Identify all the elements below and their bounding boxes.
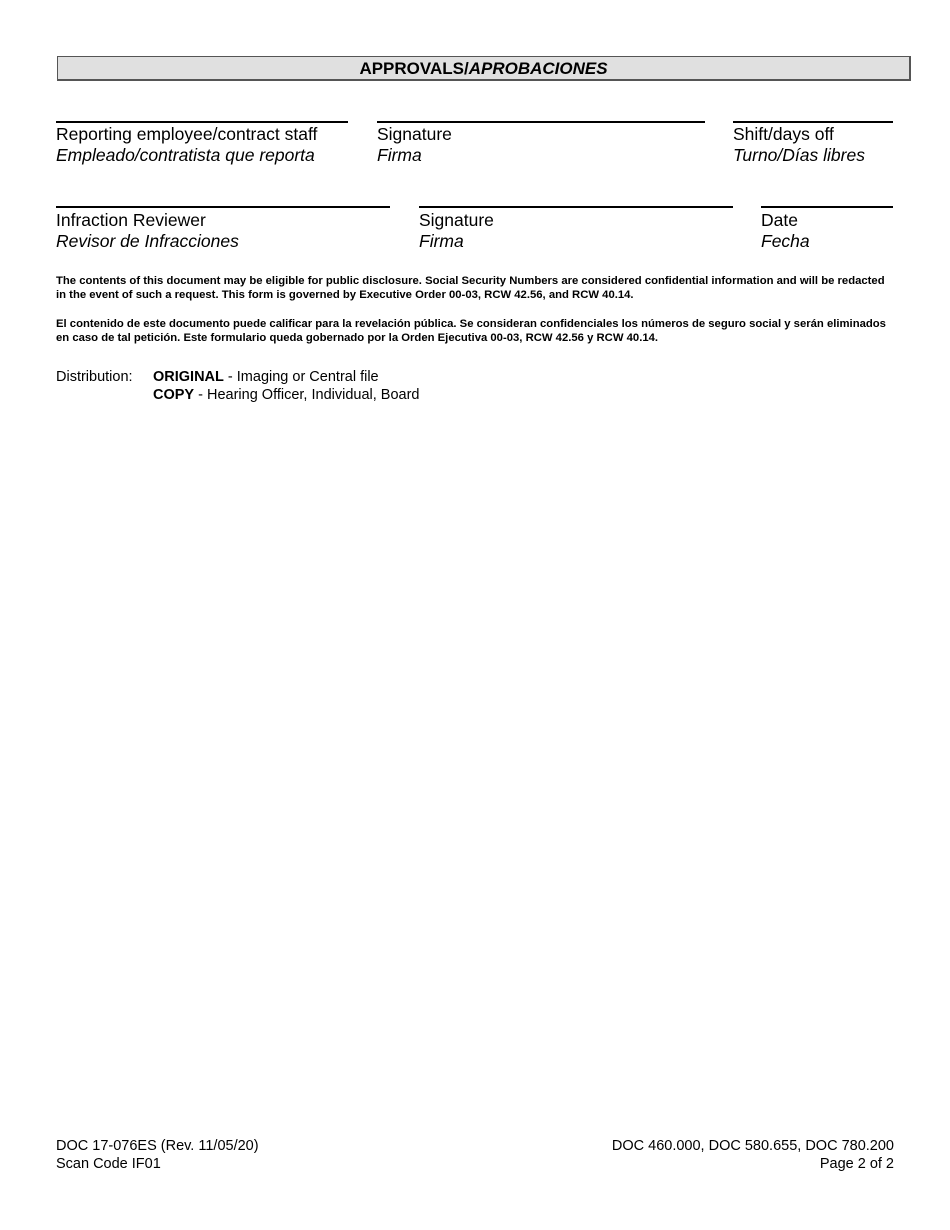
- distribution-label: Distribution:: [56, 368, 133, 386]
- reporting-employee-signature-line[interactable]: [56, 121, 348, 123]
- label-es: Firma: [419, 231, 494, 252]
- signature-label-row1: Signature Firma: [377, 124, 452, 166]
- approvals-section-header: APPROVALS/APROBACIONES: [57, 56, 911, 81]
- date-label: Date Fecha: [761, 210, 810, 252]
- infraction-reviewer-label: Infraction Reviewer Revisor de Infraccio…: [56, 210, 239, 252]
- form-number: DOC 17-076ES (Rev. 11/05/20): [56, 1137, 259, 1155]
- label-es: Fecha: [761, 231, 810, 252]
- page-number: Page 2 of 2: [612, 1155, 894, 1173]
- label-en: Shift/days off: [733, 124, 865, 145]
- label-en: Infraction Reviewer: [56, 210, 239, 231]
- reporting-employee-signature-field-line[interactable]: [377, 121, 705, 123]
- header-title-es: APROBACIONES: [469, 59, 608, 78]
- shift-days-off-line[interactable]: [733, 121, 893, 123]
- label-es: Turno/Días libres: [733, 145, 865, 166]
- footer-left: DOC 17-076ES (Rev. 11/05/20) Scan Code I…: [56, 1137, 259, 1173]
- distribution-value: - Hearing Officer, Individual, Board: [194, 387, 419, 403]
- header-title-en: APPROVALS/: [359, 59, 468, 78]
- distribution-item-original: ORIGINAL - Imaging or Central file: [153, 368, 420, 386]
- label-es: Firma: [377, 145, 452, 166]
- label-en: Signature: [377, 124, 452, 145]
- distribution-value: - Imaging or Central file: [224, 369, 379, 385]
- distribution-items: ORIGINAL - Imaging or Central file COPY …: [153, 368, 420, 404]
- label-es: Empleado/contratista que reporta: [56, 145, 317, 166]
- footer-right: DOC 460.000, DOC 580.655, DOC 780.200 Pa…: [612, 1137, 894, 1173]
- distribution-key: COPY: [153, 387, 194, 403]
- shift-days-off-label: Shift/days off Turno/Días libres: [733, 124, 865, 166]
- reporting-employee-label: Reporting employee/contract staff Emplea…: [56, 124, 317, 166]
- label-es: Revisor de Infracciones: [56, 231, 239, 252]
- policy-references: DOC 460.000, DOC 580.655, DOC 780.200: [612, 1137, 894, 1155]
- disclosure-notice-spanish: El contenido de este documento puede cal…: [56, 317, 896, 345]
- disclosure-notice-english: The contents of this document may be eli…: [56, 274, 896, 302]
- distribution-key: ORIGINAL: [153, 369, 224, 385]
- label-en: Date: [761, 210, 810, 231]
- label-en: Reporting employee/contract staff: [56, 124, 317, 145]
- scan-code: Scan Code IF01: [56, 1155, 259, 1173]
- label-en: Signature: [419, 210, 494, 231]
- distribution-item-copy: COPY - Hearing Officer, Individual, Boar…: [153, 386, 420, 404]
- signature-label-row2: Signature Firma: [419, 210, 494, 252]
- date-line[interactable]: [761, 206, 893, 208]
- infraction-reviewer-line[interactable]: [56, 206, 390, 208]
- infraction-reviewer-signature-line[interactable]: [419, 206, 733, 208]
